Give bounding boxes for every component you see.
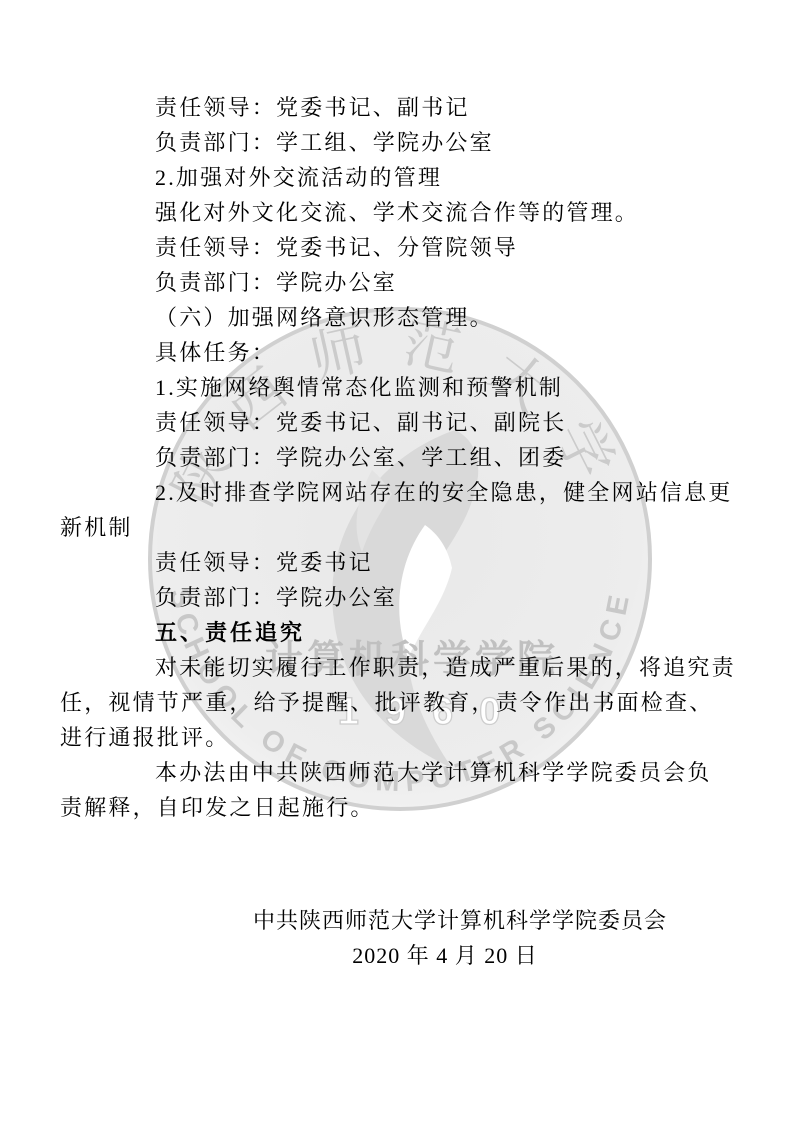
document-line: 负责部门：学院办公室 [60, 265, 730, 300]
document-line: 任，视情节严重，给予提醒、批评教育，责令作出书面检查、 [60, 685, 730, 720]
signature-spacer [60, 825, 730, 903]
document-line: 新机制 [60, 510, 730, 545]
document-line: 责任领导：党委书记 [60, 545, 730, 580]
document-line: 本办法由中共陕西师范大学计算机科学学院委员会负 [60, 755, 730, 790]
document-line: 责任领导：党委书记、副书记 [60, 90, 730, 125]
document-line: 1.实施网络舆情常态化监测和预警机制 [60, 370, 730, 405]
document-line: 负责部门：学院办公室 [60, 580, 730, 615]
document-line: 负责部门：学工组、学院办公室 [60, 125, 730, 160]
document-line: 五、责任追究 [60, 615, 730, 650]
document-line: 责任领导：党委书记、副书记、副院长 [60, 405, 730, 440]
document-line: 强化对外文化交流、学术交流合作等的管理。 [60, 195, 730, 230]
document-line: 2.加强对外交流活动的管理 [60, 160, 730, 195]
document-line: （六）加强网络意识形态管理。 [60, 300, 730, 335]
document-lines: 责任领导：党委书记、副书记负责部门：学工组、学院办公室2.加强对外交流活动的管理… [60, 90, 730, 825]
document-line: 具体任务： [60, 335, 730, 370]
document-line: 负责部门：学院办公室、学工组、团委 [60, 440, 730, 475]
document-line: 进行通报批评。 [60, 720, 730, 755]
signature-org: 中共陕西师范大学计算机科学学院委员会 [60, 903, 730, 938]
document-line: 对未能切实履行工作职责，造成严重后果的，将追究责 [60, 650, 730, 685]
document-line: 责解释，自印发之日起施行。 [60, 790, 730, 825]
document-line: 2.及时排查学院网站存在的安全隐患，健全网站信息更 [60, 475, 730, 510]
signature-date: 2020 年 4 月 20 日 [60, 938, 730, 973]
document-page: 陕西师范大学 SCHOOL OF COMPUTER SCIENCE 计算机科学学… [0, 0, 794, 1123]
document-body: 责任领导：党委书记、副书记负责部门：学工组、学院办公室2.加强对外交流活动的管理… [0, 0, 794, 1123]
document-line: 责任领导：党委书记、分管院领导 [60, 230, 730, 265]
